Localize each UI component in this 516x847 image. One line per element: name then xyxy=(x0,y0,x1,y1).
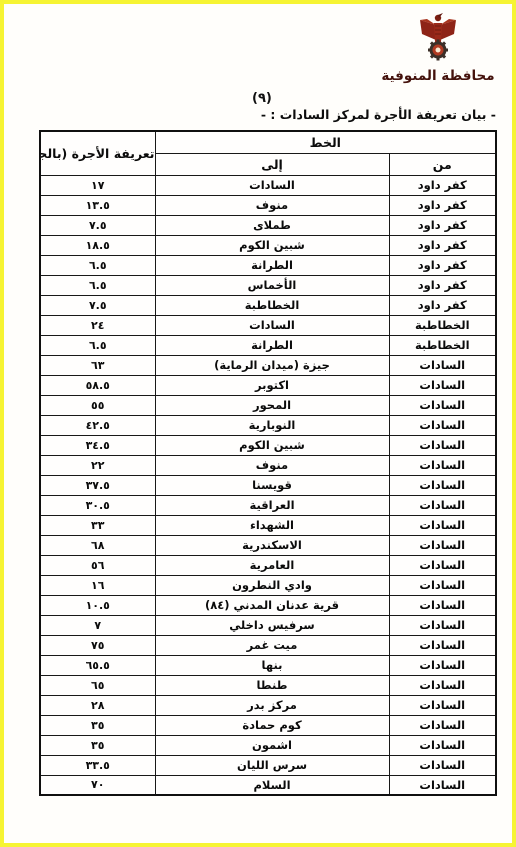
table-row: كفر داودمنوف١٣.٥ xyxy=(40,195,496,215)
table-row: الساداتسرس الليان٣٣.٥ xyxy=(40,755,496,775)
to-cell: الطرانة xyxy=(155,335,389,355)
from-cell: كفر داود xyxy=(389,275,496,295)
fare-table-body: كفر داودالسادات١٧كفر داودمنوف١٣.٥كفر داو… xyxy=(40,175,496,795)
from-cell: السادات xyxy=(389,695,496,715)
table-row: الساداتطنطا٦٥ xyxy=(40,675,496,695)
table-row: الخطاطبةالطرانة٦.٥ xyxy=(40,335,496,355)
fare-cell: ٤٢.٥ xyxy=(40,415,155,435)
to-cell: وادي النطرون xyxy=(155,575,389,595)
table-row: الخطاطبةالسادات٢٤ xyxy=(40,315,496,335)
header-to: إلى xyxy=(155,153,389,175)
fare-cell: ٦٣ xyxy=(40,355,155,375)
fare-cell: ٥٥ xyxy=(40,395,155,415)
fare-cell: ٦٨ xyxy=(40,535,155,555)
fare-cell: ٣٥ xyxy=(40,735,155,755)
to-cell: ميت غمر xyxy=(155,635,389,655)
from-cell: السادات xyxy=(389,655,496,675)
to-cell: الشهداء xyxy=(155,515,389,535)
from-cell: السادات xyxy=(389,615,496,635)
fare-cell: ٣٧.٥ xyxy=(40,475,155,495)
fare-cell: ١٨.٥ xyxy=(40,235,155,255)
from-cell: كفر داود xyxy=(389,235,496,255)
to-cell: شبين الكوم xyxy=(155,235,389,255)
to-cell: منوف xyxy=(155,455,389,475)
table-row: الساداتالعراقية٣٠.٥ xyxy=(40,495,496,515)
to-cell: السادات xyxy=(155,175,389,195)
table-row: الساداتالنوبارية٤٢.٥ xyxy=(40,415,496,435)
from-cell: السادات xyxy=(389,595,496,615)
from-cell: كفر داود xyxy=(389,215,496,235)
table-row: الساداتالسلام٧٠ xyxy=(40,775,496,795)
from-cell: السادات xyxy=(389,395,496,415)
fare-cell: ٣٥ xyxy=(40,715,155,735)
to-cell: الأخماس xyxy=(155,275,389,295)
fare-cell: ٢٨ xyxy=(40,695,155,715)
table-row: الساداتوادي النطرون١٦ xyxy=(40,575,496,595)
from-cell: السادات xyxy=(389,775,496,795)
to-cell: المحور xyxy=(155,395,389,415)
to-cell: الاسكندرية xyxy=(155,535,389,555)
to-cell: الطرانة xyxy=(155,255,389,275)
table-row: الساداتالاسكندرية٦٨ xyxy=(40,535,496,555)
document-page: محافظة المنوفية (٩) - بيان تعريفة الأجرة… xyxy=(0,0,516,847)
header-from: من xyxy=(389,153,496,175)
fare-cell: ٢٤ xyxy=(40,315,155,335)
fare-cell: ٣٣.٥ xyxy=(40,755,155,775)
to-cell: سرس الليان xyxy=(155,755,389,775)
to-cell: العراقية xyxy=(155,495,389,515)
table-row: كفر داودالخطاطبة٧.٥ xyxy=(40,295,496,315)
from-cell: السادات xyxy=(389,355,496,375)
from-cell: السادات xyxy=(389,635,496,655)
from-cell: الخطاطبة xyxy=(389,315,496,335)
to-cell: شبين الكوم xyxy=(155,435,389,455)
from-cell: السادات xyxy=(389,755,496,775)
letterhead: محافظة المنوفية xyxy=(378,10,498,84)
fare-cell: ٦.٥ xyxy=(40,255,155,275)
table-row: الساداتاكتوبر٥٨.٥ xyxy=(40,375,496,395)
from-cell: السادات xyxy=(389,535,496,555)
table-row: الساداتشبين الكوم٣٤.٥ xyxy=(40,435,496,455)
table-row: الساداتمنوف٢٢ xyxy=(40,455,496,475)
from-cell: السادات xyxy=(389,555,496,575)
fare-cell: ٣٣ xyxy=(40,515,155,535)
table-row: الساداتجيزة (ميدان الرماية)٦٣ xyxy=(40,355,496,375)
from-cell: السادات xyxy=(389,735,496,755)
to-cell: اشمون xyxy=(155,735,389,755)
egypt-eagle-emblem-icon xyxy=(417,10,459,62)
fare-cell: ٧.٥ xyxy=(40,295,155,315)
fare-cell: ١٠.٥ xyxy=(40,595,155,615)
table-row: الساداتالشهداء٣٣ xyxy=(40,515,496,535)
from-cell: الخطاطبة xyxy=(389,335,496,355)
to-cell: بنها xyxy=(155,655,389,675)
from-cell: كفر داود xyxy=(389,255,496,275)
governorate-name: محافظة المنوفية xyxy=(378,68,498,84)
from-cell: السادات xyxy=(389,675,496,695)
from-cell: السادات xyxy=(389,455,496,475)
fare-cell: ٦.٥ xyxy=(40,275,155,295)
fare-cell: ٦.٥ xyxy=(40,335,155,355)
from-cell: السادات xyxy=(389,375,496,395)
to-cell: قرية عدنان المدني (٨٤) xyxy=(155,595,389,615)
fare-table-header: الخط تعريفة الأجرة (بالجنيه) من إلى xyxy=(40,131,496,175)
to-cell: قويسنا xyxy=(155,475,389,495)
table-row: الساداتالمحور٥٥ xyxy=(40,395,496,415)
fare-cell: ٦٥ xyxy=(40,675,155,695)
fare-cell: ١٧ xyxy=(40,175,155,195)
table-row: الساداتبنها٦٥.٥ xyxy=(40,655,496,675)
fare-cell: ٥٨.٥ xyxy=(40,375,155,395)
from-cell: كفر داود xyxy=(389,295,496,315)
table-row: كفر داودالسادات١٧ xyxy=(40,175,496,195)
fare-cell: ٣٠.٥ xyxy=(40,495,155,515)
page-number: (٩) xyxy=(252,91,272,106)
to-cell: طنطا xyxy=(155,675,389,695)
to-cell: السلام xyxy=(155,775,389,795)
table-row: الساداتقرية عدنان المدني (٨٤)١٠.٥ xyxy=(40,595,496,615)
from-cell: السادات xyxy=(389,415,496,435)
from-cell: السادات xyxy=(389,475,496,495)
fare-cell: ١٣.٥ xyxy=(40,195,155,215)
table-row: الساداتالعامرية٥٦ xyxy=(40,555,496,575)
document-title: - بيان تعريفة الأجرة لمركز السادات : - xyxy=(261,107,496,122)
to-cell: اكتوبر xyxy=(155,375,389,395)
to-cell: النوبارية xyxy=(155,415,389,435)
table-row: الساداتسرفيس داخلي٧ xyxy=(40,615,496,635)
fare-cell: ٥٦ xyxy=(40,555,155,575)
to-cell: مركز بدر xyxy=(155,695,389,715)
fare-cell: ٧ xyxy=(40,615,155,635)
fare-cell: ٧٥ xyxy=(40,635,155,655)
header-line-group: الخط xyxy=(155,131,496,153)
to-cell: كوم حمادة xyxy=(155,715,389,735)
table-row: كفر داودشبين الكوم١٨.٥ xyxy=(40,235,496,255)
from-cell: السادات xyxy=(389,435,496,455)
fare-cell: ٧٠ xyxy=(40,775,155,795)
table-row: الساداتقويسنا٣٧.٥ xyxy=(40,475,496,495)
from-cell: السادات xyxy=(389,575,496,595)
fare-table: الخط تعريفة الأجرة (بالجنيه) من إلى كفر … xyxy=(39,130,497,796)
table-row: كفر داودالطرانة٦.٥ xyxy=(40,255,496,275)
to-cell: سرفيس داخلي xyxy=(155,615,389,635)
to-cell: منوف xyxy=(155,195,389,215)
fare-cell: ١٦ xyxy=(40,575,155,595)
from-cell: كفر داود xyxy=(389,175,496,195)
to-cell: العامرية xyxy=(155,555,389,575)
header-fare: تعريفة الأجرة (بالجنيه) xyxy=(40,131,155,175)
table-row: الساداتكوم حمادة٣٥ xyxy=(40,715,496,735)
fare-cell: ٣٤.٥ xyxy=(40,435,155,455)
table-row: الساداتمركز بدر٢٨ xyxy=(40,695,496,715)
fare-cell: ٢٢ xyxy=(40,455,155,475)
fare-cell: ٧.٥ xyxy=(40,215,155,235)
from-cell: السادات xyxy=(389,515,496,535)
to-cell: الخطاطبة xyxy=(155,295,389,315)
from-cell: كفر داود xyxy=(389,195,496,215)
table-row: الساداتميت غمر٧٥ xyxy=(40,635,496,655)
table-row: الساداتاشمون٣٥ xyxy=(40,735,496,755)
from-cell: السادات xyxy=(389,715,496,735)
to-cell: السادات xyxy=(155,315,389,335)
table-row: كفر داودالأخماس٦.٥ xyxy=(40,275,496,295)
to-cell: طملاى xyxy=(155,215,389,235)
fare-cell: ٦٥.٥ xyxy=(40,655,155,675)
from-cell: السادات xyxy=(389,495,496,515)
to-cell: جيزة (ميدان الرماية) xyxy=(155,355,389,375)
table-row: كفر داودطملاى٧.٥ xyxy=(40,215,496,235)
